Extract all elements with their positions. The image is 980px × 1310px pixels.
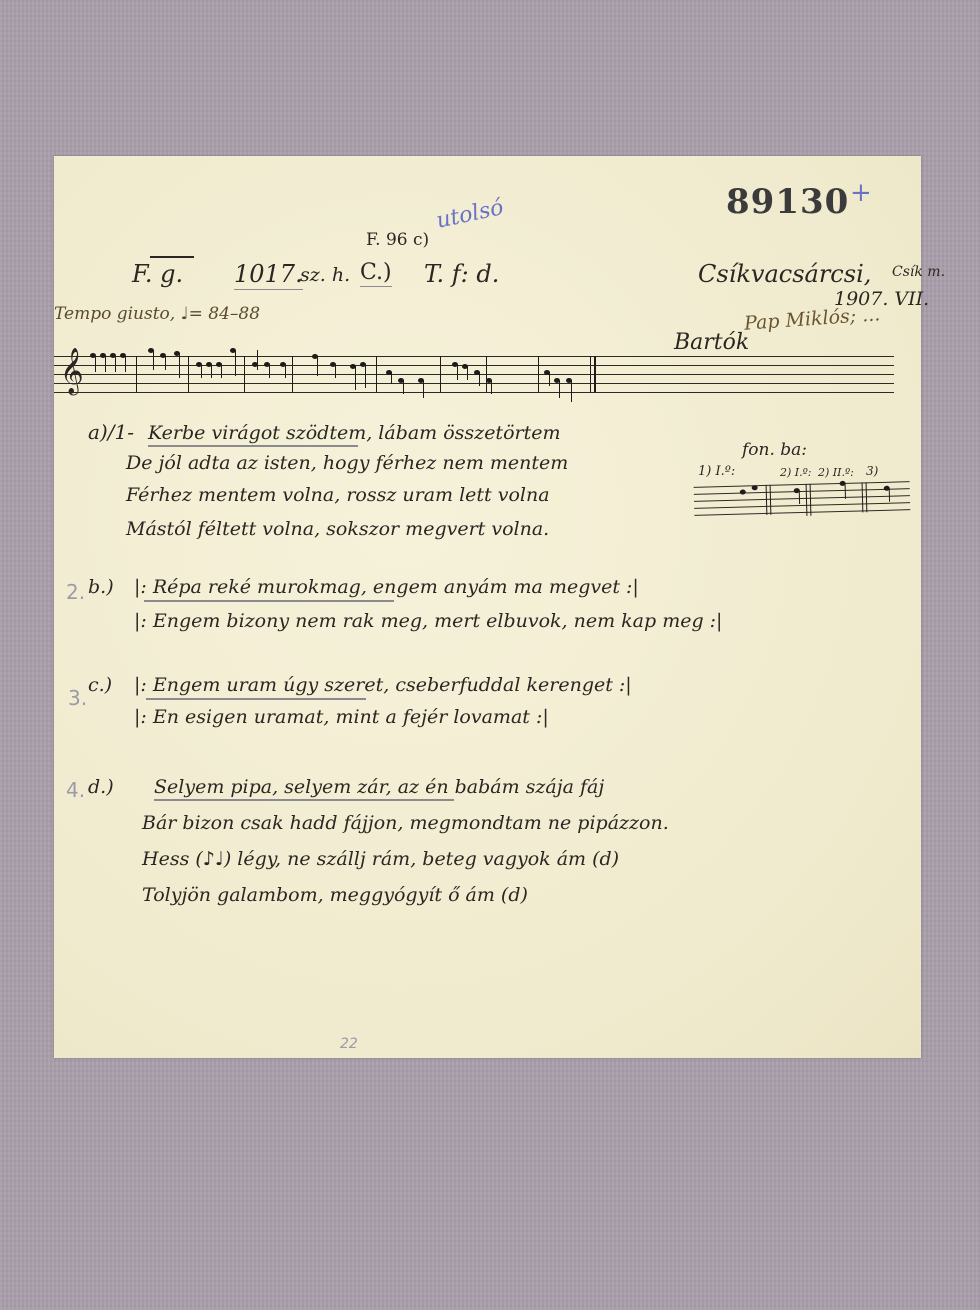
phonograph-note-title: fon. ba: bbox=[742, 440, 807, 460]
stanza-b-line-1: |: Répa reké murokmag, engem anyám ma me… bbox=[134, 578, 639, 597]
page-mark: 22 bbox=[340, 1036, 358, 1052]
header-c-label: C.) bbox=[360, 260, 392, 287]
stanza-a-label: a)/1- bbox=[88, 420, 134, 444]
stanza-b-pencil-number: 2. bbox=[66, 580, 85, 604]
blue-cross-mark: + bbox=[850, 178, 872, 208]
stanza-d-line-3: Hess (♪♩) légy, ne szállj rám, beteg vag… bbox=[142, 850, 619, 869]
stanza-b-pencil-underline bbox=[144, 600, 394, 602]
stanza-c-pencil-number: 3. bbox=[68, 686, 87, 710]
place-name: Csíkvacsárcsi, bbox=[698, 260, 871, 288]
annotation-utolso: utolsó bbox=[434, 195, 506, 234]
collector-mark-bartok: Bartók bbox=[674, 330, 749, 355]
stanza-a-line-4: Mástól féltett volna, sokszor megvert vo… bbox=[126, 520, 549, 539]
stanza-a-line-1: Kerbe virágot szödtem, lábam összetörtem bbox=[148, 424, 561, 443]
stanza-d-pencil-underline bbox=[154, 799, 454, 801]
header-suffix: T. f: d. bbox=[424, 260, 499, 288]
stanza-d-label: d.) bbox=[88, 776, 114, 798]
stanza-a-pencil-underline bbox=[148, 445, 358, 447]
treble-clef-icon: 𝄞 bbox=[60, 348, 84, 394]
music-staff-footnote bbox=[694, 481, 911, 519]
stanza-a-line-3: Férhez mentem volna, rossz uram lett vol… bbox=[126, 486, 550, 505]
stanza-c-label: c.) bbox=[88, 674, 112, 696]
stanza-d-pencil-number: 4. bbox=[66, 778, 85, 802]
header-number: 1017. bbox=[234, 260, 303, 290]
music-staff-melody: 𝄞 bbox=[54, 356, 894, 400]
archive-stamp-number: 89130 bbox=[726, 182, 849, 222]
county-name: Csík m. bbox=[892, 264, 945, 280]
tempo-marking: Tempo giusto, ♩= 84–88 bbox=[54, 304, 260, 324]
stanza-d-line-2: Bár bizon csak hadd fájjon, megmondtam n… bbox=[142, 814, 669, 833]
stanza-c-pencil-underline bbox=[146, 698, 366, 700]
footnote-label-2: 2) I.º: bbox=[780, 466, 812, 479]
stanza-d-line-1: Selyem pipa, selyem zár, az én babám szá… bbox=[154, 778, 604, 797]
reference-f96c: F. 96 c) bbox=[366, 230, 429, 250]
stanza-a: a)/1- bbox=[88, 420, 134, 444]
manuscript-sheet: 89130 + utolsó F. 96 c) F. g. 1017. sz. … bbox=[54, 156, 921, 1058]
stanza-a-line-2: De jól adta az isten, hogy férhez nem me… bbox=[126, 454, 568, 473]
stanza-c-line-2: |: En esigen uramat, mint a fejér lovama… bbox=[134, 708, 549, 727]
header-overline bbox=[150, 256, 194, 258]
footnote-label-4: 3) bbox=[866, 464, 878, 478]
stanza-c-line-1: |: Engem uram úgy szeret, cseberfuddal k… bbox=[134, 676, 632, 695]
header-prefix: F. g. bbox=[132, 260, 183, 288]
footnote-label-1: 1) I.º: bbox=[698, 464, 735, 479]
stanza-b-line-2: |: Engem bizony nem rak meg, mert elbuvo… bbox=[134, 612, 722, 631]
singer-name: Pap Miklós; ... bbox=[743, 303, 881, 334]
footnote-label-3: 2) II.º: bbox=[818, 466, 854, 479]
stanza-d-line-4: Tolyjön galambom, meggyógyít ő ám (d) bbox=[142, 886, 528, 905]
header-sz-h: sz. h. bbox=[300, 264, 350, 286]
stanza-b-label: b.) bbox=[88, 576, 114, 598]
